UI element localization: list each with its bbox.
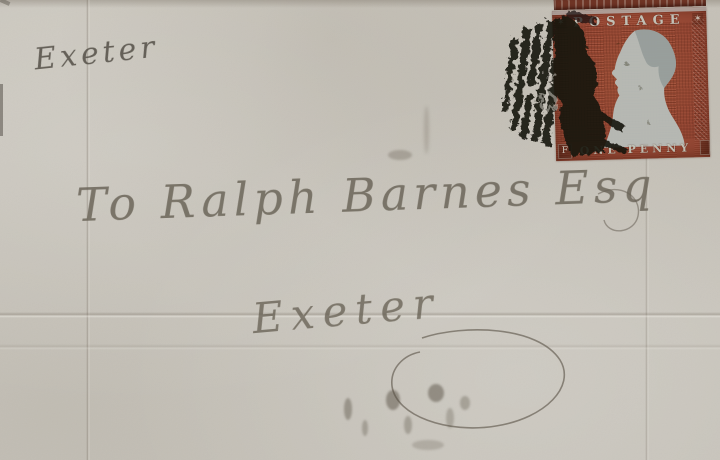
- corner-letter-box-right: [700, 140, 710, 155]
- address-line: To Ralph Barnes Esq: [75, 158, 657, 232]
- penny-red-stamp: ✶ POSTAGE ✶ F ONE PENNY: [552, 7, 710, 161]
- destination-line: Exeter: [250, 278, 443, 343]
- stamp-bottom-band: F ONE PENNY: [556, 140, 710, 159]
- ink-smudge: [362, 420, 368, 436]
- ink-smudge: [446, 408, 454, 428]
- ink-smudge: [386, 390, 400, 410]
- fold-crease-vertical-left: [86, 0, 90, 460]
- stamp-one-penny-text: ONE PENNY: [572, 141, 700, 158]
- stamp-postage-text: POSTAGE: [566, 12, 692, 31]
- postal-cover-photo: Exeter To Ralph Barnes Esq Exeter ✶ POST…: [0, 0, 720, 460]
- fold-crease-horizontal-faint: [0, 344, 720, 350]
- corner-letter-box-left: F: [558, 144, 572, 159]
- stamp-engraving-hatch: [691, 19, 707, 140]
- ink-smudge: [428, 384, 444, 402]
- ink-smudge: [404, 416, 412, 434]
- pencil-annotation: Exeter: [33, 30, 161, 78]
- corner-star-ornament: ✶: [555, 17, 566, 29]
- postage-stamp: ✶ POSTAGE ✶ F ONE PENNY: [550, 0, 713, 164]
- faint-marks: [424, 106, 429, 154]
- faint-marks: [388, 150, 412, 160]
- fold-crease-horizontal: [0, 312, 720, 318]
- ink-smudge: [412, 440, 444, 450]
- ink-smudge: [344, 398, 352, 420]
- fold-crease-vertical-right: [645, 158, 649, 460]
- ink-smudge: [460, 396, 470, 410]
- paper-edge-mark: [0, 84, 3, 136]
- queen-victoria-profile: [588, 21, 695, 150]
- esq-flourish: [592, 182, 650, 242]
